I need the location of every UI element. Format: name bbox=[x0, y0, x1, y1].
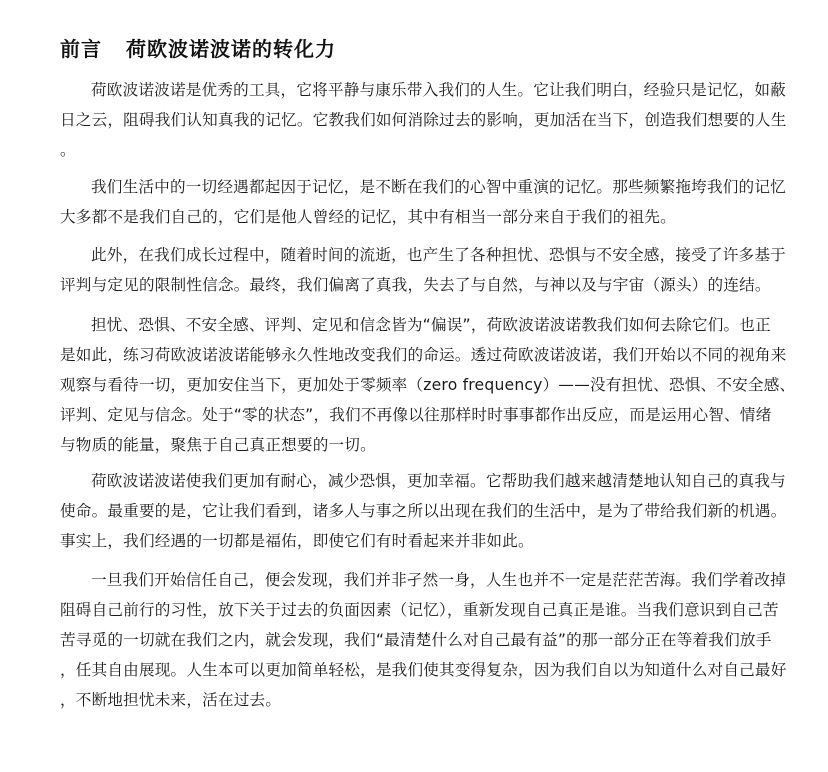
title-prefix: 前言 bbox=[60, 37, 102, 61]
text-line: 阻碍自己前行的习性，放下关于过去的负面因素（记忆），重新发现自己真正是谁。当我们… bbox=[60, 595, 800, 625]
text-line: 此外，在我们成长过程中，随着时间的流逝，也产生了各种担忧、恐惧与不安全感，接受了… bbox=[60, 240, 800, 270]
paragraph-6: 一旦我们开始信任自己，便会发现，我们并非孑然一身，人生也并不一定是茫茫苦海。我们… bbox=[60, 565, 800, 715]
page-title: 前言荷欧波诺波诺的转化力 bbox=[60, 33, 336, 62]
title-main: 荷欧波诺波诺的转化力 bbox=[126, 37, 336, 61]
text-line: 大多都不是我们自己的，它们是他人曾经的记忆，其中有相当一部分来自于我们的祖先。 bbox=[60, 202, 800, 232]
text-line: 与物质的能量，聚焦于自己真正想要的一切。 bbox=[60, 430, 800, 460]
text-line: 日之云，阻碍我们认知真我的记忆。它教我们如何消除过去的影响，更加活在当下，创造我… bbox=[60, 105, 800, 135]
text-line: ，任其自由展现。人生本可以更加简单轻松，是我们使其变得复杂，因为我们自以为知道什… bbox=[60, 655, 800, 685]
text-line: 使命。最重要的是，它让我们看到，诸多人与事之所以出现在我们的生活中，是为了带给我… bbox=[60, 496, 800, 526]
text-line: 评判、定见与信念。处于“零的状态”，我们不再像以往那样时时事事都作出反应，而是运… bbox=[60, 400, 800, 430]
text-line: 观察与看待一切，更加安住当下，更加处于零频率（zero frequency）——… bbox=[60, 370, 800, 400]
text-line: 一旦我们开始信任自己，便会发现，我们并非孑然一身，人生也并不一定是茫茫苦海。我们… bbox=[60, 565, 800, 595]
paragraph-5: 荷欧波诺波诺使我们更加有耐心，减少恐惧，更加幸福。它帮助我们越来越清楚地认知自己… bbox=[60, 466, 800, 556]
paragraph-3: 此外，在我们成长过程中，随着时间的流逝，也产生了各种担忧、恐惧与不安全感，接受了… bbox=[60, 240, 800, 300]
text-line: ，不断地担忧未来，活在过去。 bbox=[60, 685, 800, 715]
paragraph-4: 担忧、恐惧、不安全感、评判、定见和信念皆为“偏误”，荷欧波诺波诺教我们如何去除它… bbox=[60, 310, 800, 460]
text-line: 苦寻觅的一切就在我们之内，就会发现，我们“最清楚什么对自己最有益”的那一部分正在… bbox=[60, 625, 800, 655]
text-line: 荷欧波诺波诺是优秀的工具，它将平静与康乐带入我们的人生。它让我们明白，经验只是记… bbox=[60, 75, 800, 105]
paragraph-2: 我们生活中的一切经遇都起因于记忆，是不断在我们的心智中重演的记忆。那些频繁拖垮我… bbox=[60, 172, 800, 232]
text-line: 评判与定见的限制性信念。最终，我们偏离了真我，失去了与自然，与神以及与宇宙（源头… bbox=[60, 270, 800, 300]
text-line: 是如此，练习荷欧波诺波诺能够永久性地改变我们的命运。透过荷欧波诺波诺，我们开始以… bbox=[60, 340, 800, 370]
text-line: 事实上，我们经遇的一切都是福佑，即使它们有时看起来并非如此。 bbox=[60, 526, 800, 556]
paragraph-1: 荷欧波诺波诺是优秀的工具，它将平静与康乐带入我们的人生。它让我们明白，经验只是记… bbox=[60, 75, 800, 165]
text-line: 担忧、恐惧、不安全感、评判、定见和信念皆为“偏误”，荷欧波诺波诺教我们如何去除它… bbox=[60, 310, 800, 340]
text-line: 我们生活中的一切经遇都起因于记忆，是不断在我们的心智中重演的记忆。那些频繁拖垮我… bbox=[60, 172, 800, 202]
text-line: 荷欧波诺波诺使我们更加有耐心，减少恐惧，更加幸福。它帮助我们越来越清楚地认知自己… bbox=[60, 466, 800, 496]
text-line: 。 bbox=[60, 135, 800, 165]
